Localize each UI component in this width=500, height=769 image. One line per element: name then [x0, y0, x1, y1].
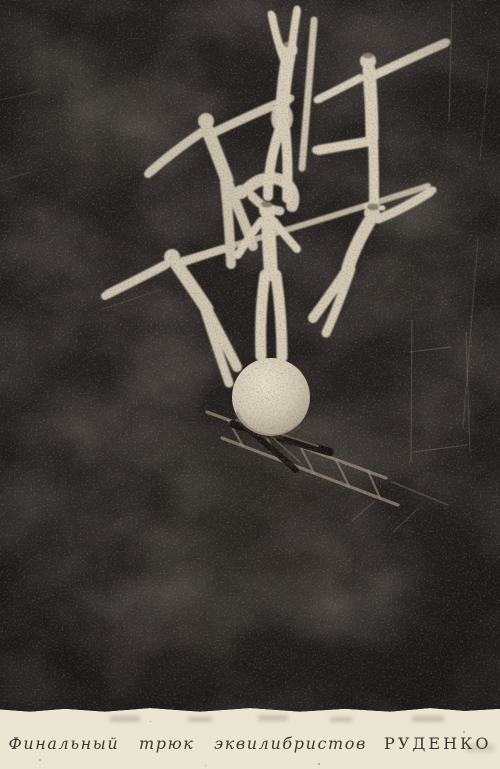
caption-troupe-name: РУДЕНКО: [384, 734, 491, 753]
dark-grain-overlay: [0, 0, 500, 713]
caption-strip: Финальный трюк эквилибристов РУДЕНКО: [0, 713, 500, 769]
caption-text: Финальный трюк эквилибристов: [8, 734, 366, 753]
paper-speck: [318, 763, 320, 765]
paper-speck: [39, 759, 41, 761]
photo-caption: Финальный трюк эквилибристов РУДЕНКО: [0, 713, 500, 753]
paper-speck: [205, 765, 206, 766]
scanned-page: Финальный трюк эквилибристов РУДЕНКО: [0, 0, 500, 769]
photo-circus-pyramid: [0, 0, 500, 713]
photo-artwork: [0, 0, 500, 713]
